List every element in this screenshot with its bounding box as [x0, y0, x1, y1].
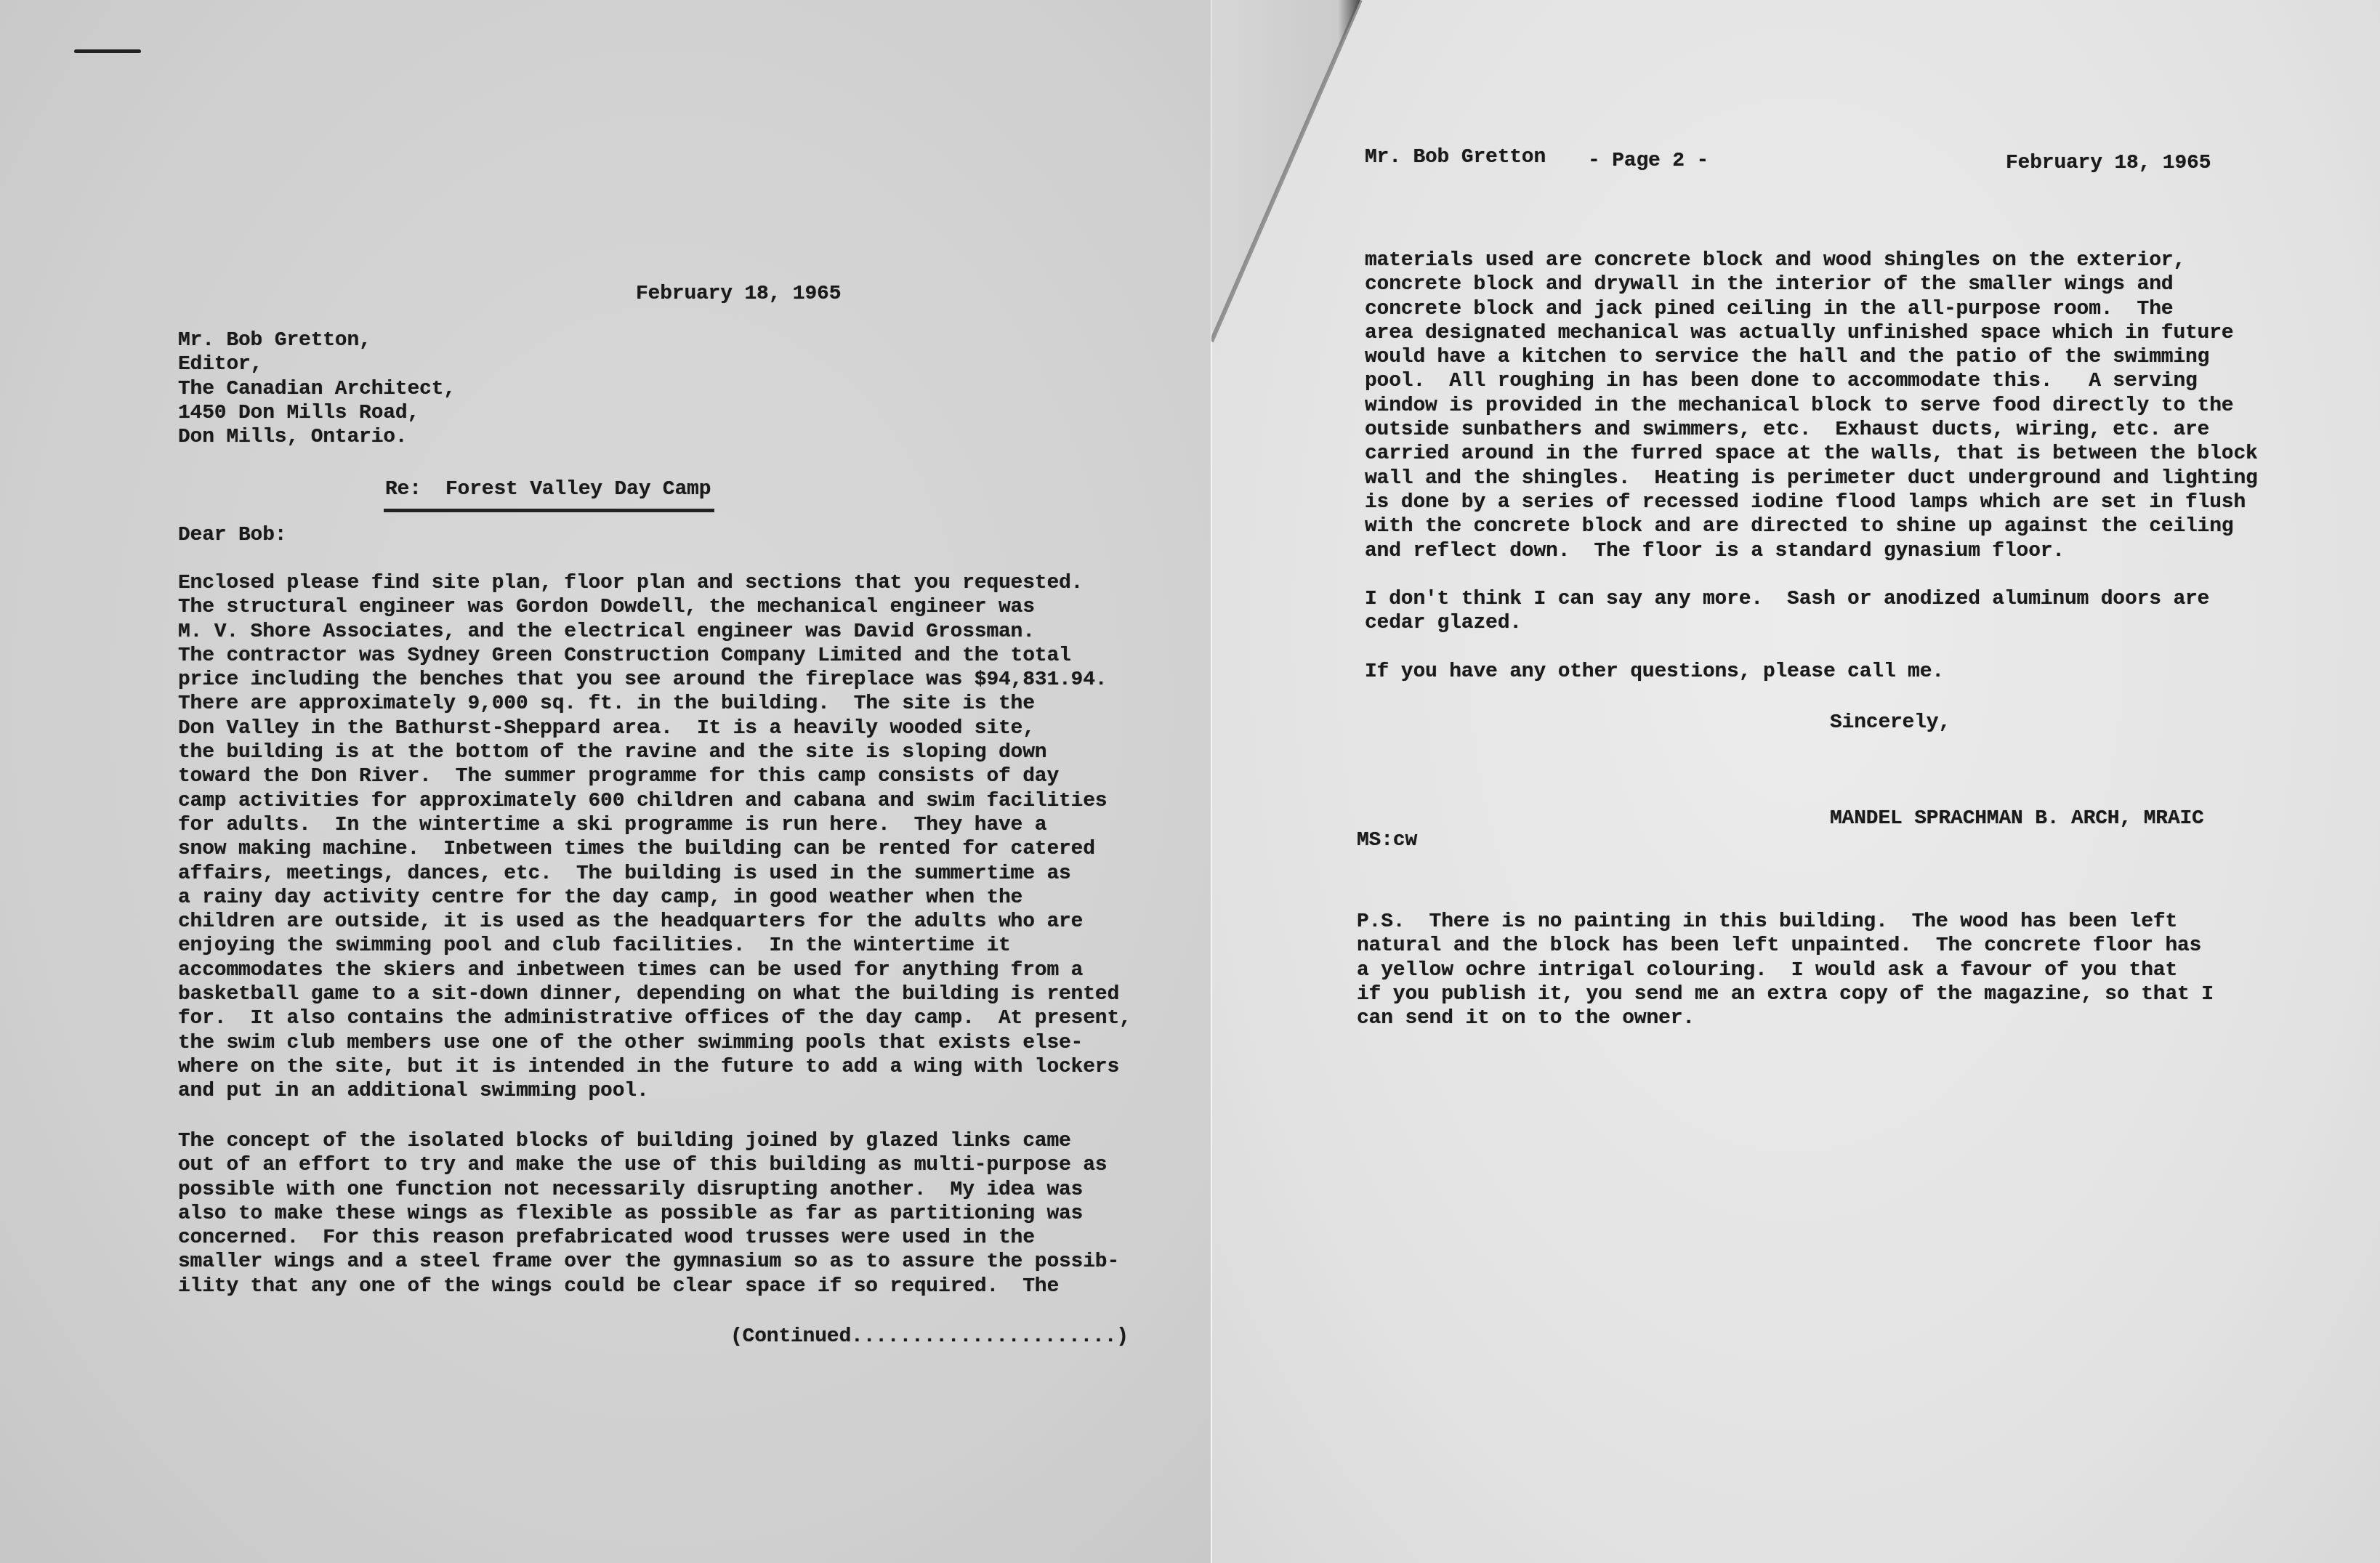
text-line: P.S. There is no painting in this buildi…: [1357, 910, 2214, 934]
text-line: a rainy day activity centre for the day …: [178, 886, 1131, 910]
body-paragraph-2: The concept of the isolated blocks of bu…: [178, 1129, 1119, 1299]
text-line: ility that any one of the wings could be…: [178, 1275, 1119, 1299]
text-line: for adults. In the wintertime a ski prog…: [178, 813, 1131, 837]
text-line: M. V. Shore Associates, and the electric…: [178, 620, 1131, 644]
text-line: carried around in the furred space at th…: [1365, 442, 2258, 466]
closing-remark: If you have any other questions, please …: [1365, 660, 1944, 684]
text-line: out of an effort to try and make the use…: [178, 1153, 1119, 1177]
text-line: would have a kitchen to service the hall…: [1365, 345, 2258, 369]
text-line: for. It also contains the administrative…: [178, 1006, 1131, 1030]
text-line: snow making machine. Inbetween times the…: [178, 837, 1131, 861]
dash-mark: [74, 49, 141, 53]
text-line: where on the site, but it is intended in…: [178, 1055, 1131, 1079]
text-line: The contractor was Sydney Green Construc…: [178, 644, 1131, 668]
text-line: camp activities for approximately 600 ch…: [178, 789, 1131, 813]
letter-date: February 18, 1965: [636, 282, 841, 306]
text-line: price including the benches that you see…: [178, 668, 1131, 692]
text-line: concerned. For this reason prefabricated…: [178, 1226, 1119, 1250]
text-line: natural and the block has been left unpa…: [1357, 934, 2214, 958]
text-line: area designated mechanical was actually …: [1365, 321, 2258, 345]
text-line: cedar glazed.: [1365, 611, 2209, 635]
text-line: The structural engineer was Gordon Dowde…: [178, 595, 1131, 619]
text-line: pool. All roughing in has been done to a…: [1365, 369, 2258, 393]
text-line: is done by a series of recessed iodine f…: [1365, 490, 2258, 514]
text-line: a yellow ochre intrigal colouring. I wou…: [1357, 958, 2214, 982]
text-line: children are outside, it is used as the …: [178, 910, 1131, 934]
text-line: toward the Don River. The summer program…: [178, 764, 1131, 788]
text-line: concrete block and jack pined ceiling in…: [1365, 297, 2258, 321]
body-paragraph-closing: I don't think I can say any more. Sash o…: [1365, 587, 2209, 636]
header-page-number: - Page 2 -: [1588, 149, 1709, 173]
body-paragraph-continued: materials used are concrete block and wo…: [1365, 249, 2258, 563]
text-line: Enclosed please find site plan, floor pl…: [178, 571, 1131, 595]
text-line: Don Valley in the Bathurst-Sheppard area…: [178, 716, 1131, 740]
complimentary-close: Sincerely,: [1830, 711, 1951, 735]
text-line: wall and the shingles. Heating is perime…: [1365, 467, 2258, 490]
signature-block: MANDEL SPRACHMAN B. ARCH, MRAIC: [1830, 807, 2204, 831]
text-line: The Canadian Architect,: [178, 377, 456, 401]
reference-initials: MS:cw: [1357, 828, 1417, 852]
recipient-address: Mr. Bob Gretton,Editor,The Canadian Arch…: [178, 328, 456, 449]
text-line: if you publish it, you send me an extra …: [1357, 982, 2214, 1006]
page-divider: [1211, 0, 1212, 1563]
letter-page-2: Mr. Bob Gretton - Page 2 - February 18, …: [1211, 0, 2380, 1563]
text-line: and put in an additional swimming pool.: [178, 1079, 1131, 1103]
text-line: The concept of the isolated blocks of bu…: [178, 1129, 1119, 1153]
letter-page-1: February 18, 1965 Mr. Bob Gretton,Editor…: [0, 0, 1211, 1563]
text-line: I don't think I can say any more. Sash o…: [1365, 587, 2209, 611]
text-line: There are approximately 9,000 sq. ft. in…: [178, 692, 1131, 716]
text-line: outside sunbathers and swimmers, etc. Ex…: [1365, 418, 2258, 442]
salutation: Dear Bob:: [178, 523, 286, 547]
header-date: February 18, 1965: [2006, 151, 2211, 175]
text-line: Mr. Bob Gretton,: [178, 328, 456, 352]
text-line: Editor,: [178, 352, 456, 376]
subject-line: Re: Forest Valley Day Camp: [385, 477, 711, 501]
postscript: P.S. There is no painting in this buildi…: [1357, 910, 2214, 1030]
text-line: the building is at the bottom of the rav…: [178, 740, 1131, 764]
text-line: and reflect down. The floor is a standar…: [1365, 539, 2258, 563]
text-line: 1450 Don Mills Road,: [178, 401, 456, 425]
text-line: possible with one function not necessari…: [178, 1178, 1119, 1202]
text-line: enjoying the swimming pool and club faci…: [178, 934, 1131, 958]
text-line: can send it on to the owner.: [1357, 1006, 2214, 1030]
text-line: concrete block and drywall in the interi…: [1365, 272, 2258, 296]
text-line: affairs, meetings, dances, etc. The buil…: [178, 862, 1131, 886]
text-line: basketball game to a sit-down dinner, de…: [178, 982, 1131, 1006]
body-paragraph-1: Enclosed please find site plan, floor pl…: [178, 571, 1131, 1104]
text-line: accommodates the skiers and inbetween ti…: [178, 958, 1131, 982]
text-line: smaller wings and a steel frame over the…: [178, 1250, 1119, 1274]
text-line: the swim club members use one of the oth…: [178, 1031, 1131, 1055]
text-line: window is provided in the mechanical blo…: [1365, 394, 2258, 418]
text-line: materials used are concrete block and wo…: [1365, 249, 2258, 272]
text-line: also to make these wings as flexible as …: [178, 1202, 1119, 1226]
continued-marker: (Continued......................): [730, 1325, 1129, 1349]
subject-underline: [384, 509, 714, 512]
text-line: with the concrete block and are directed…: [1365, 514, 2258, 538]
text-line: Don Mills, Ontario.: [178, 425, 456, 449]
header-recipient: Mr. Bob Gretton: [1365, 145, 1546, 169]
